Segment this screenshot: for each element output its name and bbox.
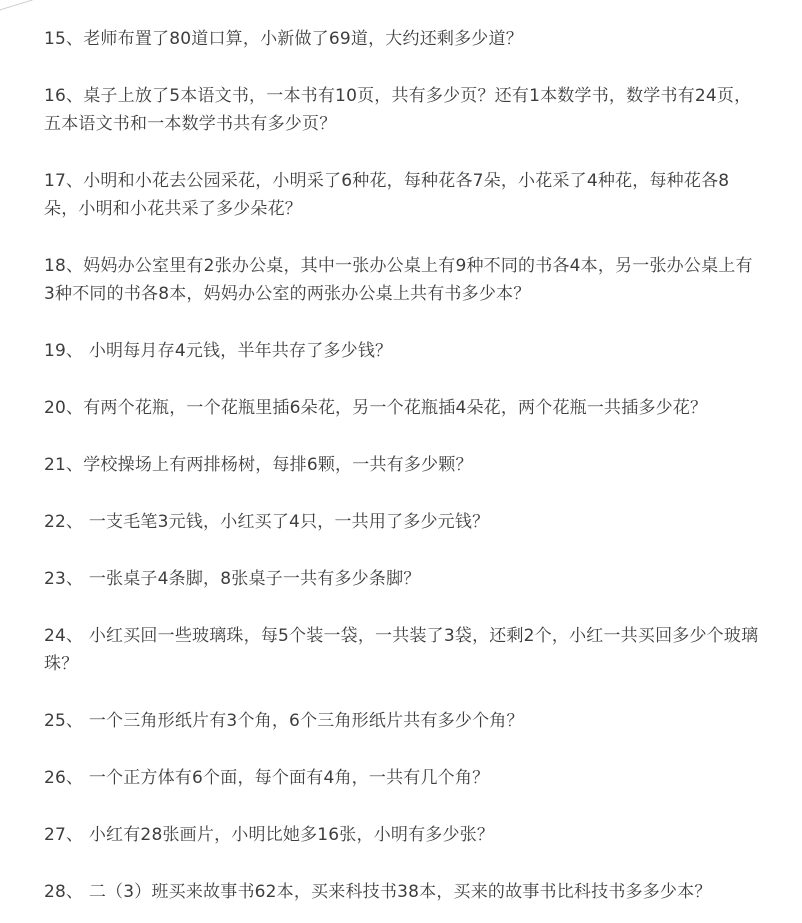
problem-19: 19、 小明每月存4元钱，半年共存了多少钱？ [44,337,762,365]
problem-24: 24、 小红买回一些玻璃珠，每5个装一袋，一共装了3袋，还剩2个，小红一共买回多… [44,622,762,678]
problem-15: 15、老师布置了80道口算，小新做了69道，大约还剩多少道？ [44,25,762,53]
problem-17: 17、小明和小花去公园采花，小明采了6种花，每种花各7朵，小花采了4种花，每种花… [44,167,762,223]
problem-16: 16、桌子上放了5本语文书，一本书有10页，共有多少页？还有1本数学书，数学书有… [44,82,762,138]
problem-27: 27、 小红有28张画片，小明比她多16张，小明有多少张？ [44,821,762,849]
problem-25: 25、 一个三角形纸片有3个角，6个三角形纸片共有多少个角？ [44,707,762,735]
problem-18: 18、妈妈办公室里有2张办公桌，其中一张办公桌上有9种不同的书各4本，另一张办公… [44,252,762,308]
worksheet-page: 15、老师布置了80道口算，小新做了69道，大约还剩多少道？ 16、桌子上放了5… [0,0,802,906]
problem-21: 21、学校操场上有两排杨树，每排6颗，一共有多少颗？ [44,451,762,479]
problem-26: 26、 一个正方体有6个面，每个面有4角，一共有几个角？ [44,764,762,792]
problem-23: 23、 一张桌子4条脚，8张桌子一共有多少条脚？ [44,565,762,593]
problem-22: 22、 一支毛笔3元钱，小红买了4只，一共用了多少元钱？ [44,508,762,536]
problem-28: 28、 二（3）班买来故事书62本，买来科技书38本，买来的故事书比科技书多多少… [44,878,762,906]
problem-20: 20、有两个花瓶，一个花瓶里插6朵花，另一个花瓶插4朵花，两个花瓶一共插多少花？ [44,394,762,422]
